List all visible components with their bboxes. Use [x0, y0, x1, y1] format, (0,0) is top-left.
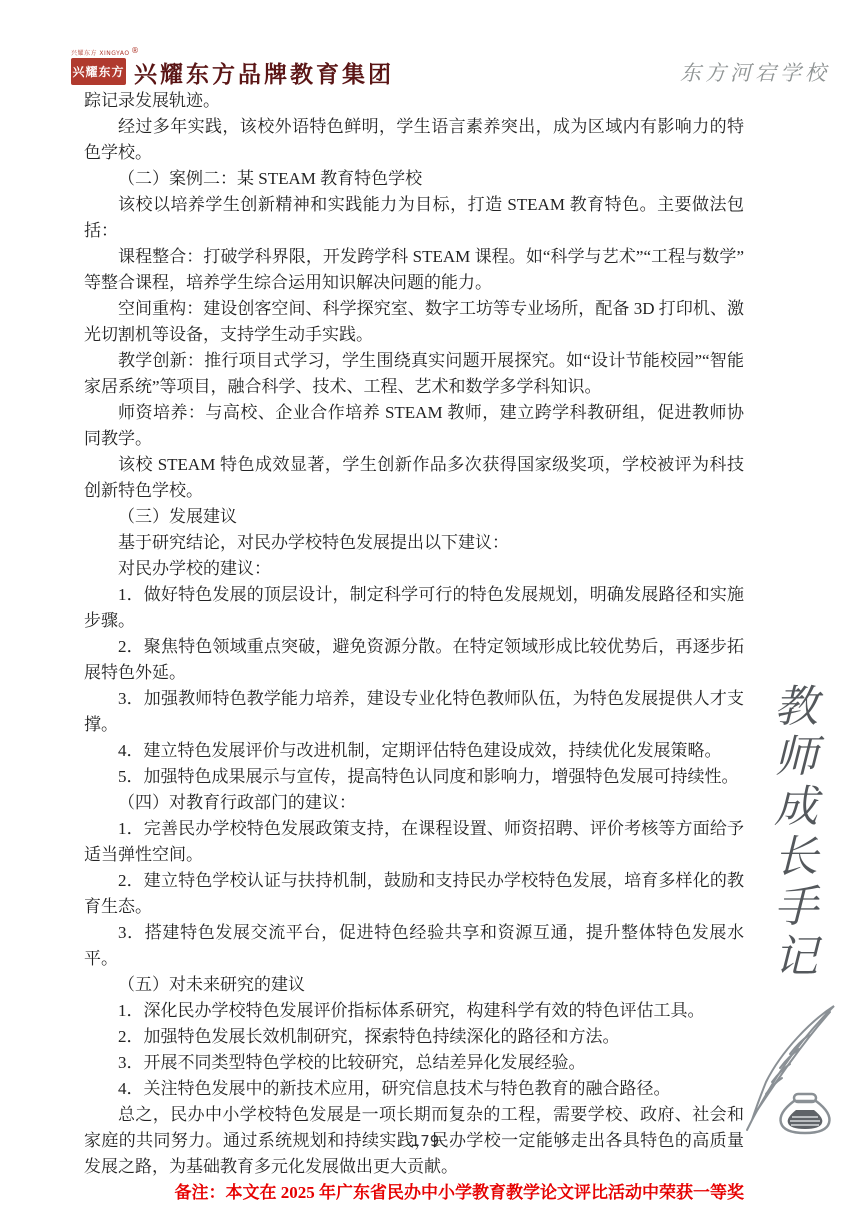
list-item: 3．开展不同类型特色学校的比较研究，总结差异化发展经验。 [84, 1050, 744, 1076]
paragraph: 教学创新：推行项目式学习，学生围绕真实问题开展探究。如“设计节能校园”“智能家居… [84, 348, 744, 400]
section-heading: （四）对教育行政部门的建议： [84, 790, 744, 816]
paragraph: 课程整合：打破学科界限，开发跨学科 STEAM 课程。如“科学与艺术”“工程与数… [84, 244, 744, 296]
paragraph: 该校以培养学生创新精神和实践能力为目标，打造 STEAM 教育特色。主要做法包括… [84, 192, 744, 244]
paragraph: 经过多年实践，该校外语特色鲜明，学生语言素养突出，成为区域内有影响力的特色学校。 [84, 114, 744, 166]
paragraph: 空间重构：建设创客空间、科学探究室、数字工坊等专业场所，配备 3D 打印机、激光… [84, 296, 744, 348]
list-item: 3．加强教师特色教学能力培养，建设专业化特色教师队伍，为特色发展提供人才支撑。 [84, 686, 744, 738]
section-heading: （三）发展建议 [84, 504, 744, 530]
quill-ink-icon [742, 998, 847, 1138]
document-body: 踪记录发展轨迹。 经过多年实践，该校外语特色鲜明，学生语言素养突出，成为区域内有… [84, 88, 744, 1205]
list-item: 1．深化民办学校特色发展评价指标体系研究，构建科学有效的特色评估工具。 [84, 998, 744, 1024]
list-item: 3．搭建特色发展交流平台，促进特色经验共享和资源互通，提升整体特色发展水平。 [84, 920, 744, 972]
paragraph: 踪记录发展轨迹。 [84, 88, 744, 114]
paragraph: 基于研究结论，对民办学校特色发展提出以下建议： [84, 530, 744, 556]
brand-seal-logo: 兴耀东方 XINGYAO 兴耀东方 ® [71, 50, 133, 90]
side-calligraphy-text: 教师成长手记 [767, 683, 815, 988]
list-item: 4．关注特色发展中的新技术应用，研究信息技术与特色教育的融合路径。 [84, 1076, 744, 1102]
section-heading: （五）对未来研究的建议 [84, 972, 744, 998]
list-item: 2．聚焦特色领域重点突破，避免资源分散。在特定领域形成比较优势后，再逐步拓展特色… [84, 634, 744, 686]
brand-title: 兴耀东方品牌教育集团 [134, 56, 394, 89]
list-item: 5．加强特色成果展示与宣传，提高特色认同度和影响力，增强特色发展可持续性。 [84, 764, 744, 790]
paragraph: 对民办学校的建议： [84, 556, 744, 582]
logo-top-text: 兴耀东方 XINGYAO [71, 50, 133, 57]
award-note: 备注：本文在 2025 年广东省民办中小学教育教学论文评比活动中荣获一等奖 [84, 1180, 744, 1205]
logo-seal-text: 兴耀东方 [72, 63, 124, 80]
list-item: 4．建立特色发展评价与改进机制，定期评估特色建设成效，持续优化发展策略。 [84, 738, 744, 764]
list-item: 1．完善民办学校特色发展政策支持，在课程设置、师资招聘、评价考核等方面给予适当弹… [84, 816, 744, 868]
logo-seal-icon: 兴耀东方 [71, 58, 126, 85]
list-item: 1．做好特色发展的顶层设计，制定科学可行的特色发展规划，明确发展路径和实施步骤。 [84, 582, 744, 634]
list-item: 2．建立特色学校认证与扶持机制，鼓励和支持民办学校特色发展，培育多样化的教育生态… [84, 868, 744, 920]
page-number: 179 [0, 1132, 850, 1150]
list-item: 2．加强特色发展长效机制研究，探索特色持续深化的路径和方法。 [84, 1024, 744, 1050]
section-heading: （二）案例二：某 STEAM 教育特色学校 [84, 166, 744, 192]
page-header: 兴耀东方 XINGYAO 兴耀东方 ® 兴耀东方品牌教育集团 东方河宕学校 [0, 0, 850, 96]
document-page: 兴耀东方 XINGYAO 兴耀东方 ® 兴耀东方品牌教育集团 东方河宕学校 踪记… [0, 0, 850, 1205]
paragraph: 该校 STEAM 特色成效显著，学生创新作品多次获得国家级奖项，学校被评为科技创… [84, 452, 744, 504]
registered-mark-icon: ® [131, 46, 139, 55]
paragraph: 师资培养：与高校、企业合作培养 STEAM 教师，建立跨学科教研组，促进教师协同… [84, 400, 744, 452]
school-name: 东方河宕学校 [680, 57, 830, 87]
